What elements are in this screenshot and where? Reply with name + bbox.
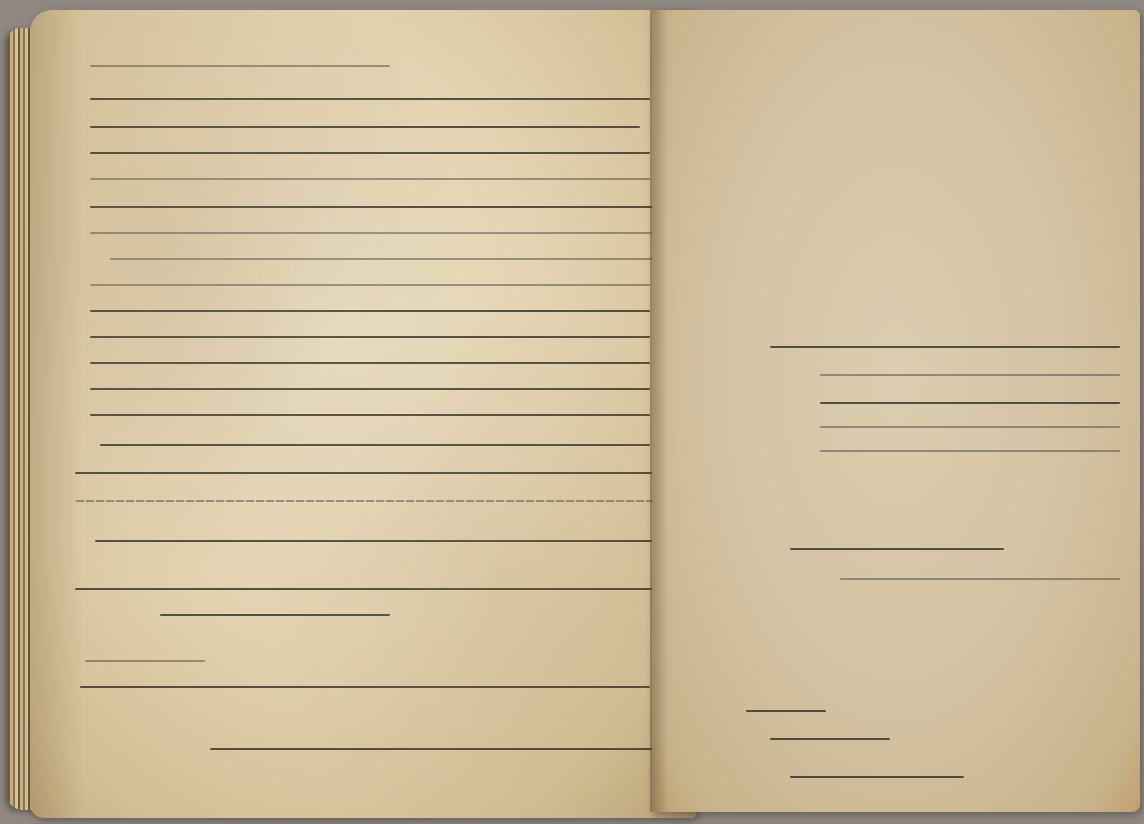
left-page: Dense cursive handwriting, illegible; ap… [30, 10, 696, 818]
open-notebook: Dense cursive handwriting, illegible; ap… [0, 0, 1144, 824]
book-gutter [650, 10, 680, 812]
right-page: Sparse cursive handwriting, illegible [652, 10, 1140, 812]
